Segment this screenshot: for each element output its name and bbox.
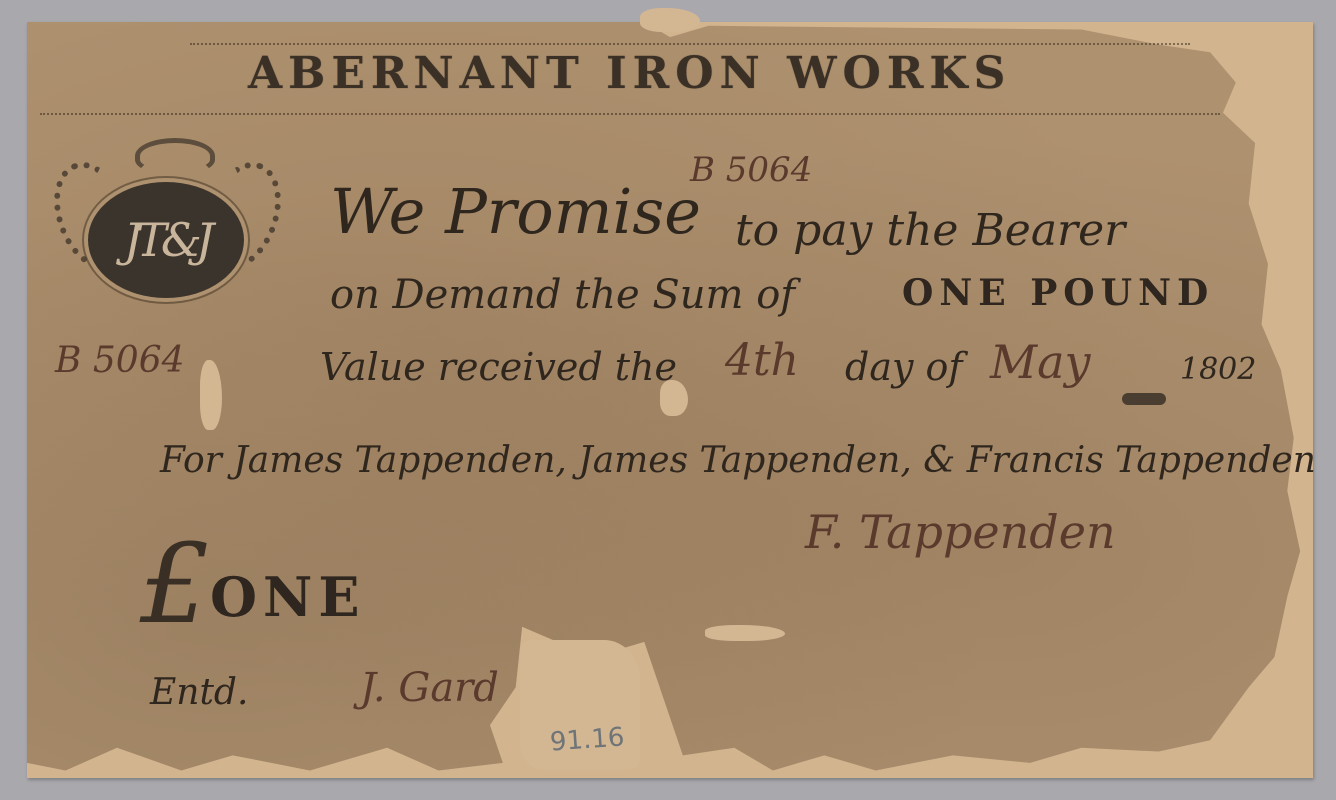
pencil-annotation: 91.16 bbox=[549, 722, 625, 757]
monogram-text: JT&J bbox=[124, 213, 209, 267]
ink-blot bbox=[1122, 393, 1166, 405]
day-of-text: day of bbox=[845, 345, 962, 389]
monogram-oval: JT&J bbox=[88, 182, 244, 298]
pound-symbol: £ bbox=[140, 520, 210, 648]
serial-number-top: B 5064 bbox=[690, 150, 812, 190]
date-day: 4th bbox=[725, 335, 799, 386]
amount-words: ONE POUND bbox=[902, 272, 1214, 314]
serial-number-left: B 5064 bbox=[55, 340, 185, 381]
title-rule-bottom bbox=[40, 113, 1220, 115]
signature-tappenden: F. Tappenden bbox=[805, 505, 1116, 559]
promise-word: We Promise bbox=[330, 175, 701, 248]
date-month: May bbox=[990, 335, 1091, 389]
title-rule-top bbox=[190, 43, 1190, 45]
paper-loss bbox=[705, 625, 785, 641]
line-2-text: on Demand the Sum of bbox=[330, 272, 795, 318]
ribbon-bow-icon bbox=[135, 138, 215, 174]
monogram-vignette: JT&J bbox=[55, 130, 280, 310]
value-received-text: Value received the bbox=[320, 345, 677, 389]
issuers-line: For James Tappenden, James Tappenden, & … bbox=[160, 440, 1316, 481]
date-year: 1802 bbox=[1180, 352, 1256, 387]
paper-loss bbox=[640, 8, 700, 32]
denomination-word: ONE bbox=[210, 565, 366, 629]
entered-signature: J. Gard bbox=[360, 665, 499, 711]
line-1-text: to pay the Bearer bbox=[735, 205, 1125, 256]
issuer-title: ABERNANT IRON WORKS bbox=[248, 48, 1011, 99]
entered-label: Entd. bbox=[150, 672, 248, 713]
